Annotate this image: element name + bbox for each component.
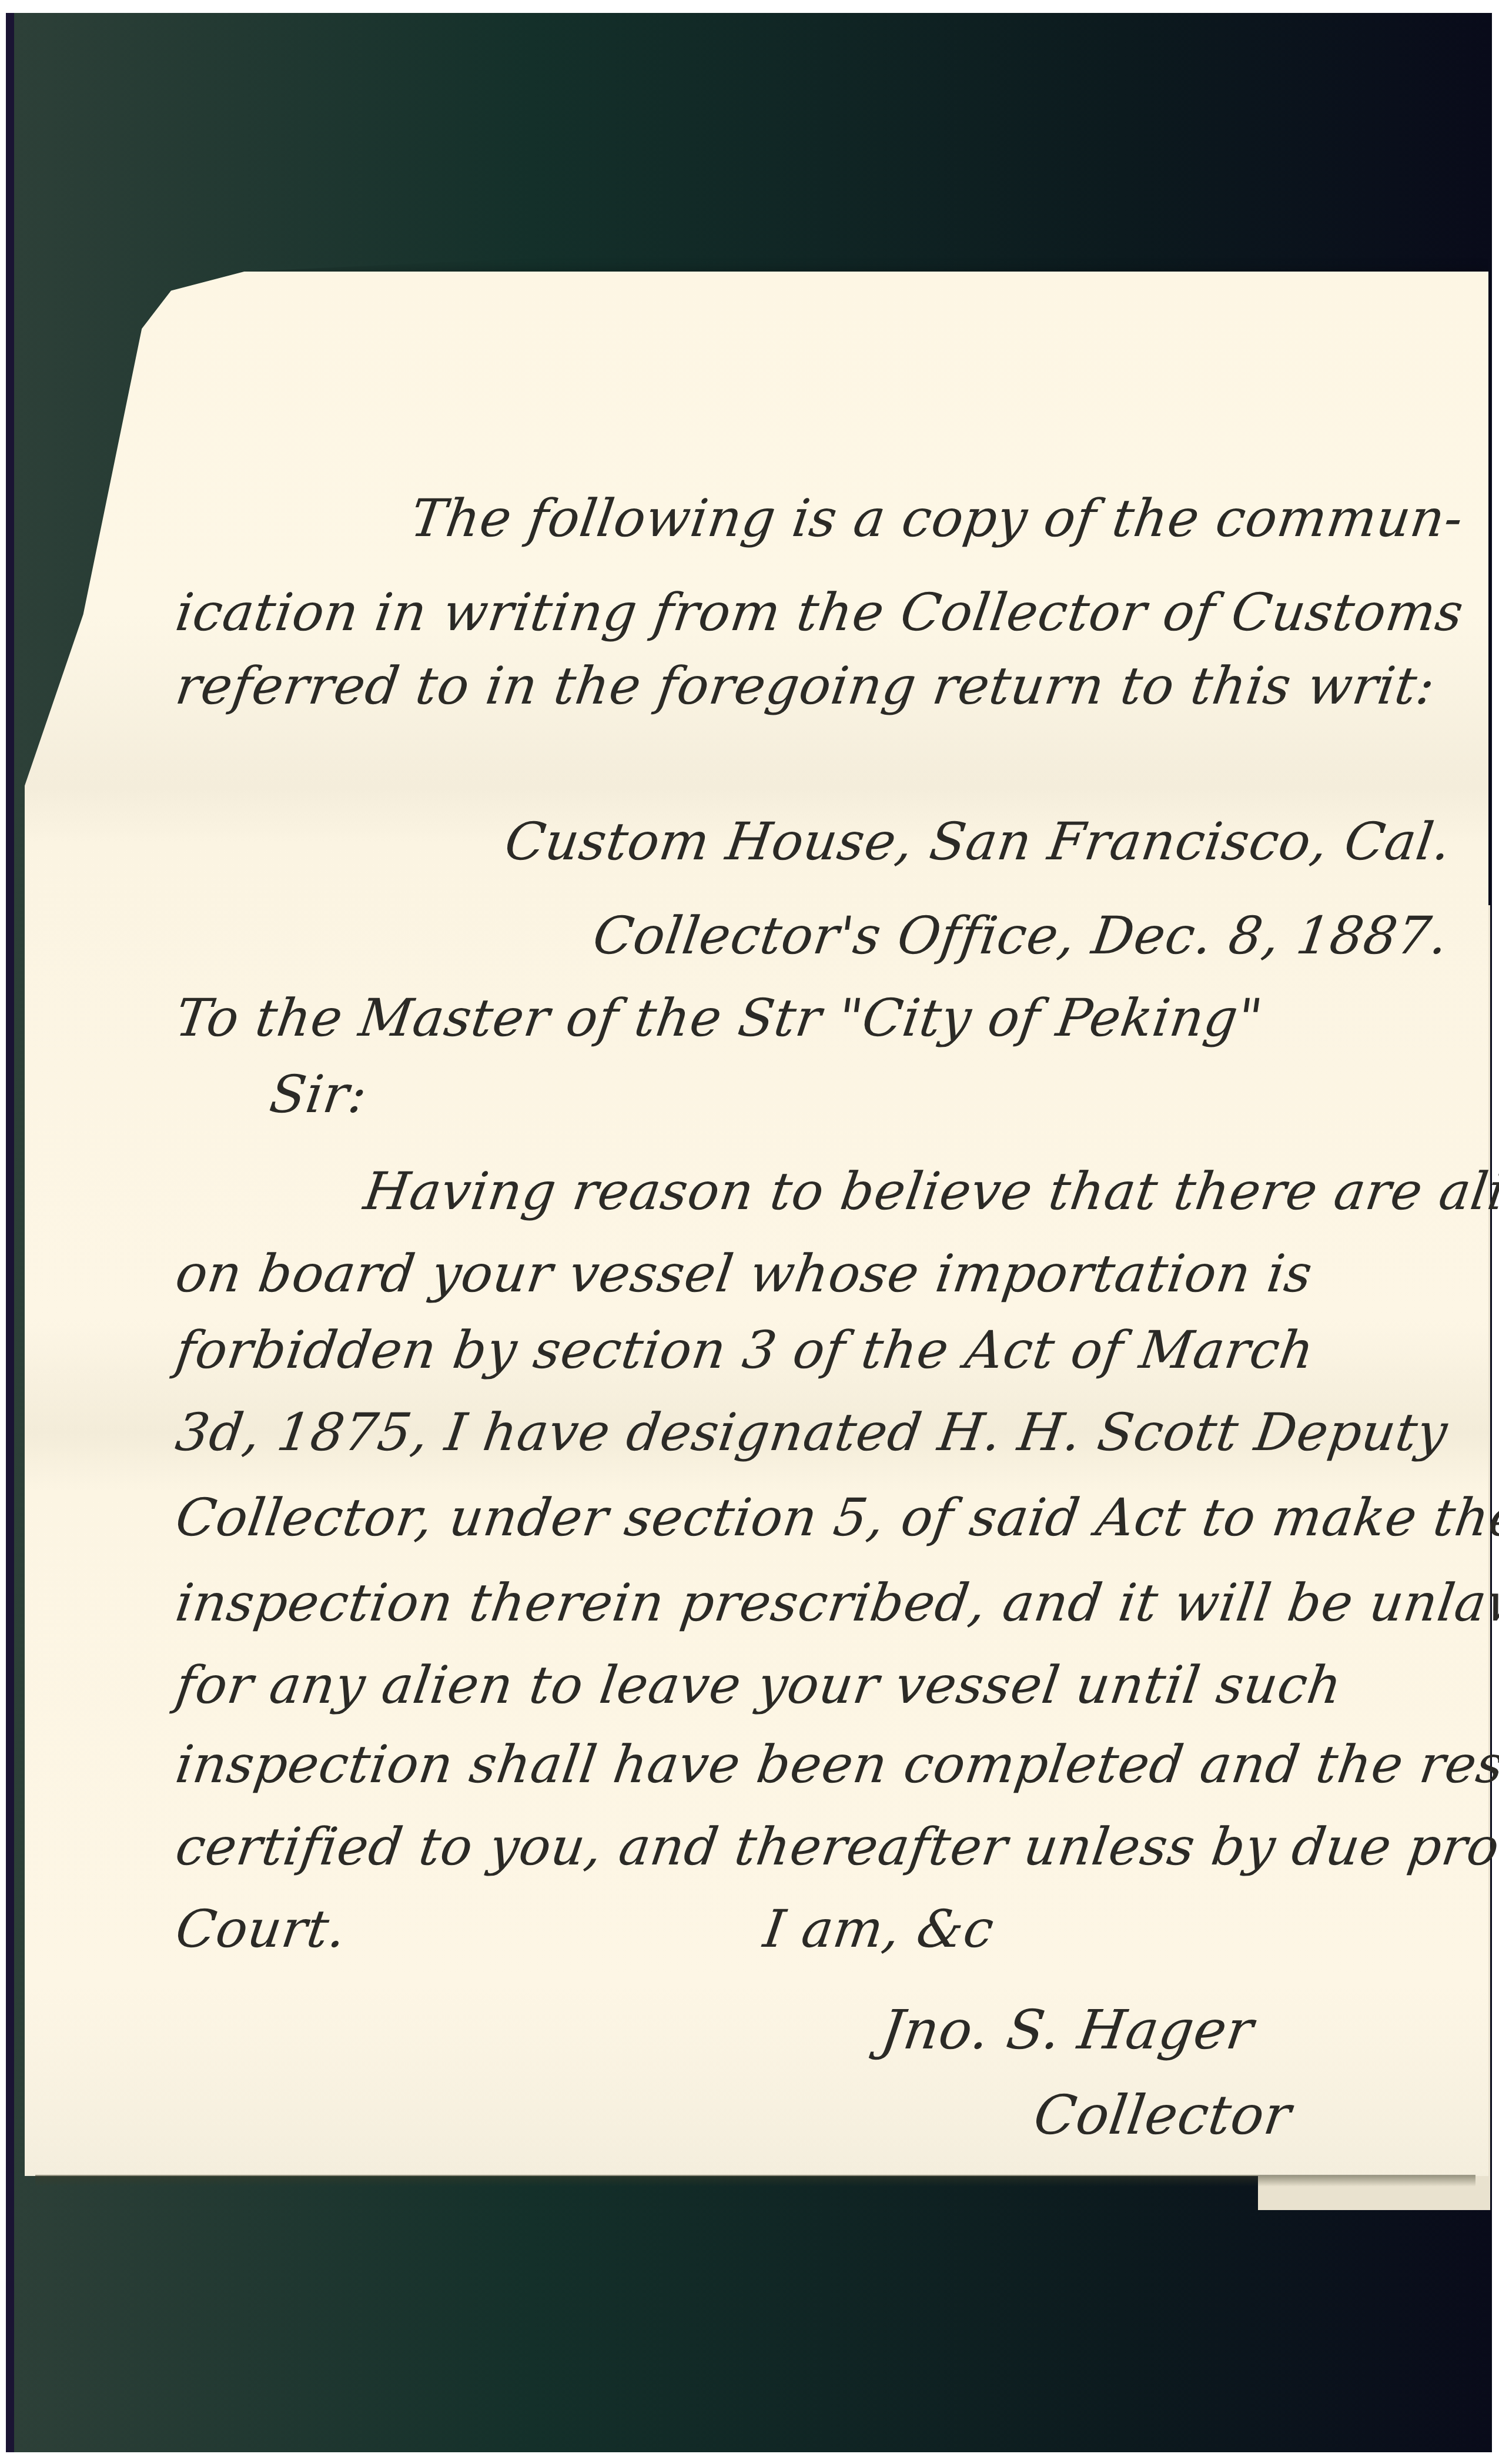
- closing: I am, &c: [760, 1899, 998, 1959]
- body-line-7: for any alien to leave your vessel until…: [172, 1655, 1346, 1715]
- signature: Jno. S. Hager: [877, 1998, 1257, 2061]
- body-line-8: inspection shall have been completed and…: [172, 1734, 1499, 1795]
- signer-title: Collector: [1030, 2084, 1295, 2147]
- intro-line-1: The following is a copy of the commun-: [407, 488, 1467, 548]
- heading-location: Custom House, San Francisco, Cal.: [501, 811, 1455, 872]
- body-line-1: Having reason to believe that there are …: [360, 1161, 1499, 1221]
- intro-line-3: referred to in the foregoing return to t…: [172, 655, 1439, 716]
- body-line-3: forbidden by section 3 of the Act of Mar…: [172, 1320, 1319, 1380]
- body-line-4: 3d, 1875, I have designated H. H. Scott …: [172, 1402, 1452, 1462]
- addressee: To the Master of the Str "City of Peking…: [172, 987, 1267, 1048]
- heading-office-date: Collector's Office, Dec. 8, 1887.: [590, 905, 1453, 966]
- paper-shadow: [35, 2175, 1475, 2187]
- salutation: Sir:: [266, 1064, 372, 1124]
- intro-line-2: ication in writing from the Collector of…: [172, 582, 1467, 642]
- body-line-9: certified to you, and thereafter unless …: [172, 1816, 1499, 1877]
- body-line-5: Collector, under section 5, of said Act …: [172, 1487, 1499, 1548]
- body-line-10: Court.: [172, 1899, 350, 1959]
- letter-paper: [25, 272, 1488, 2176]
- body-line-2: on board your vessel whose importation i…: [172, 1243, 1316, 1304]
- body-line-6: inspection therein prescribed, and it wi…: [172, 1572, 1499, 1633]
